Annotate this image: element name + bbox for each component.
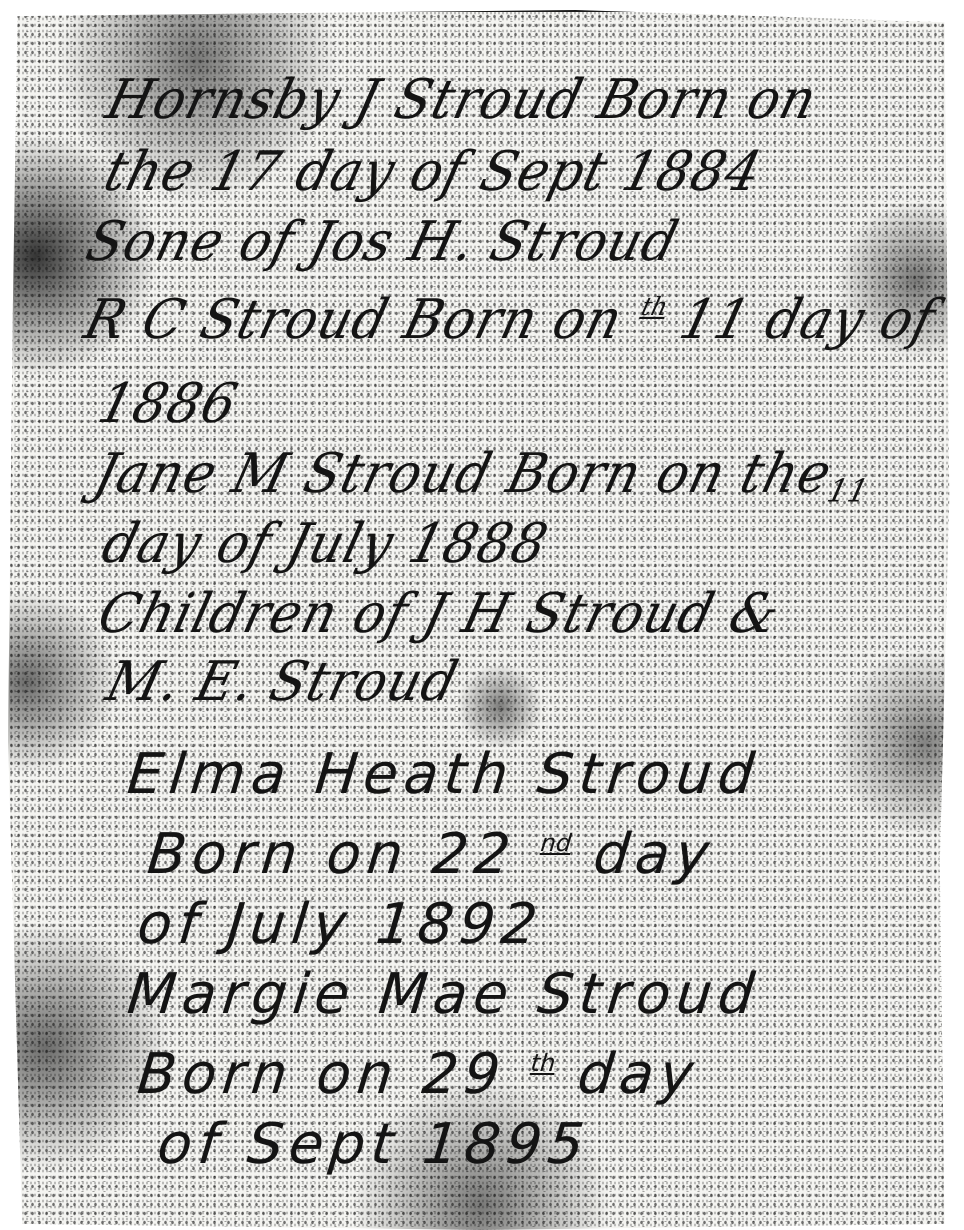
entry-3-line-1: Jane M Stroud Born on the — [88, 443, 838, 506]
entry-2-year: 1886 — [92, 373, 244, 436]
entry-6-born-on: Born on 29 — [135, 1042, 510, 1107]
entry-3-line-2: day of July 1888 — [96, 513, 554, 576]
entry-6-line-3: of Sept 1895 — [155, 1112, 593, 1177]
entry-1-line-3: Sone of Jos H. Stroud — [80, 211, 685, 274]
entry-2-name: R C Stroud Born on — [78, 289, 629, 352]
entry-5-line-2: Born on 22 nd day — [145, 822, 719, 887]
entry-5-ordinal-suffix: nd — [539, 829, 572, 857]
entry-3-day-number: 11 — [823, 473, 872, 510]
entry-6-line-2: Born on 29 th day — [135, 1042, 703, 1107]
entry-1-line-1: Hornsby J Stroud Born on — [100, 69, 823, 132]
scanned-record-page: Hornsby J Stroud Born on the 17 day of S… — [8, 10, 954, 1230]
entry-6-line-1: Margie Mae Stroud — [125, 962, 764, 1027]
entry-2-ordinal-suffix: th — [638, 292, 670, 321]
entry-5-born-on: Born on 22 — [145, 822, 520, 887]
entry-5-line-3: of July 1892 — [135, 892, 547, 957]
parents-line-1: Children of J H Stroud & — [92, 583, 786, 646]
entry-2-date: 11 day of april — [674, 289, 964, 352]
entry-5-day-word: day — [590, 822, 718, 887]
parents-line-2: M. E. Stroud — [100, 651, 464, 714]
entry-6-day-word: day — [575, 1042, 703, 1107]
entry-2-line-1: R C Stroud Born on th 11 day of april — [78, 289, 964, 352]
entry-1-line-2: the 17 day of Sept 1884 — [98, 141, 768, 204]
entry-5-line-1: Elma Heath Stroud — [125, 742, 763, 807]
entry-6-ordinal-suffix: th — [529, 1049, 557, 1077]
